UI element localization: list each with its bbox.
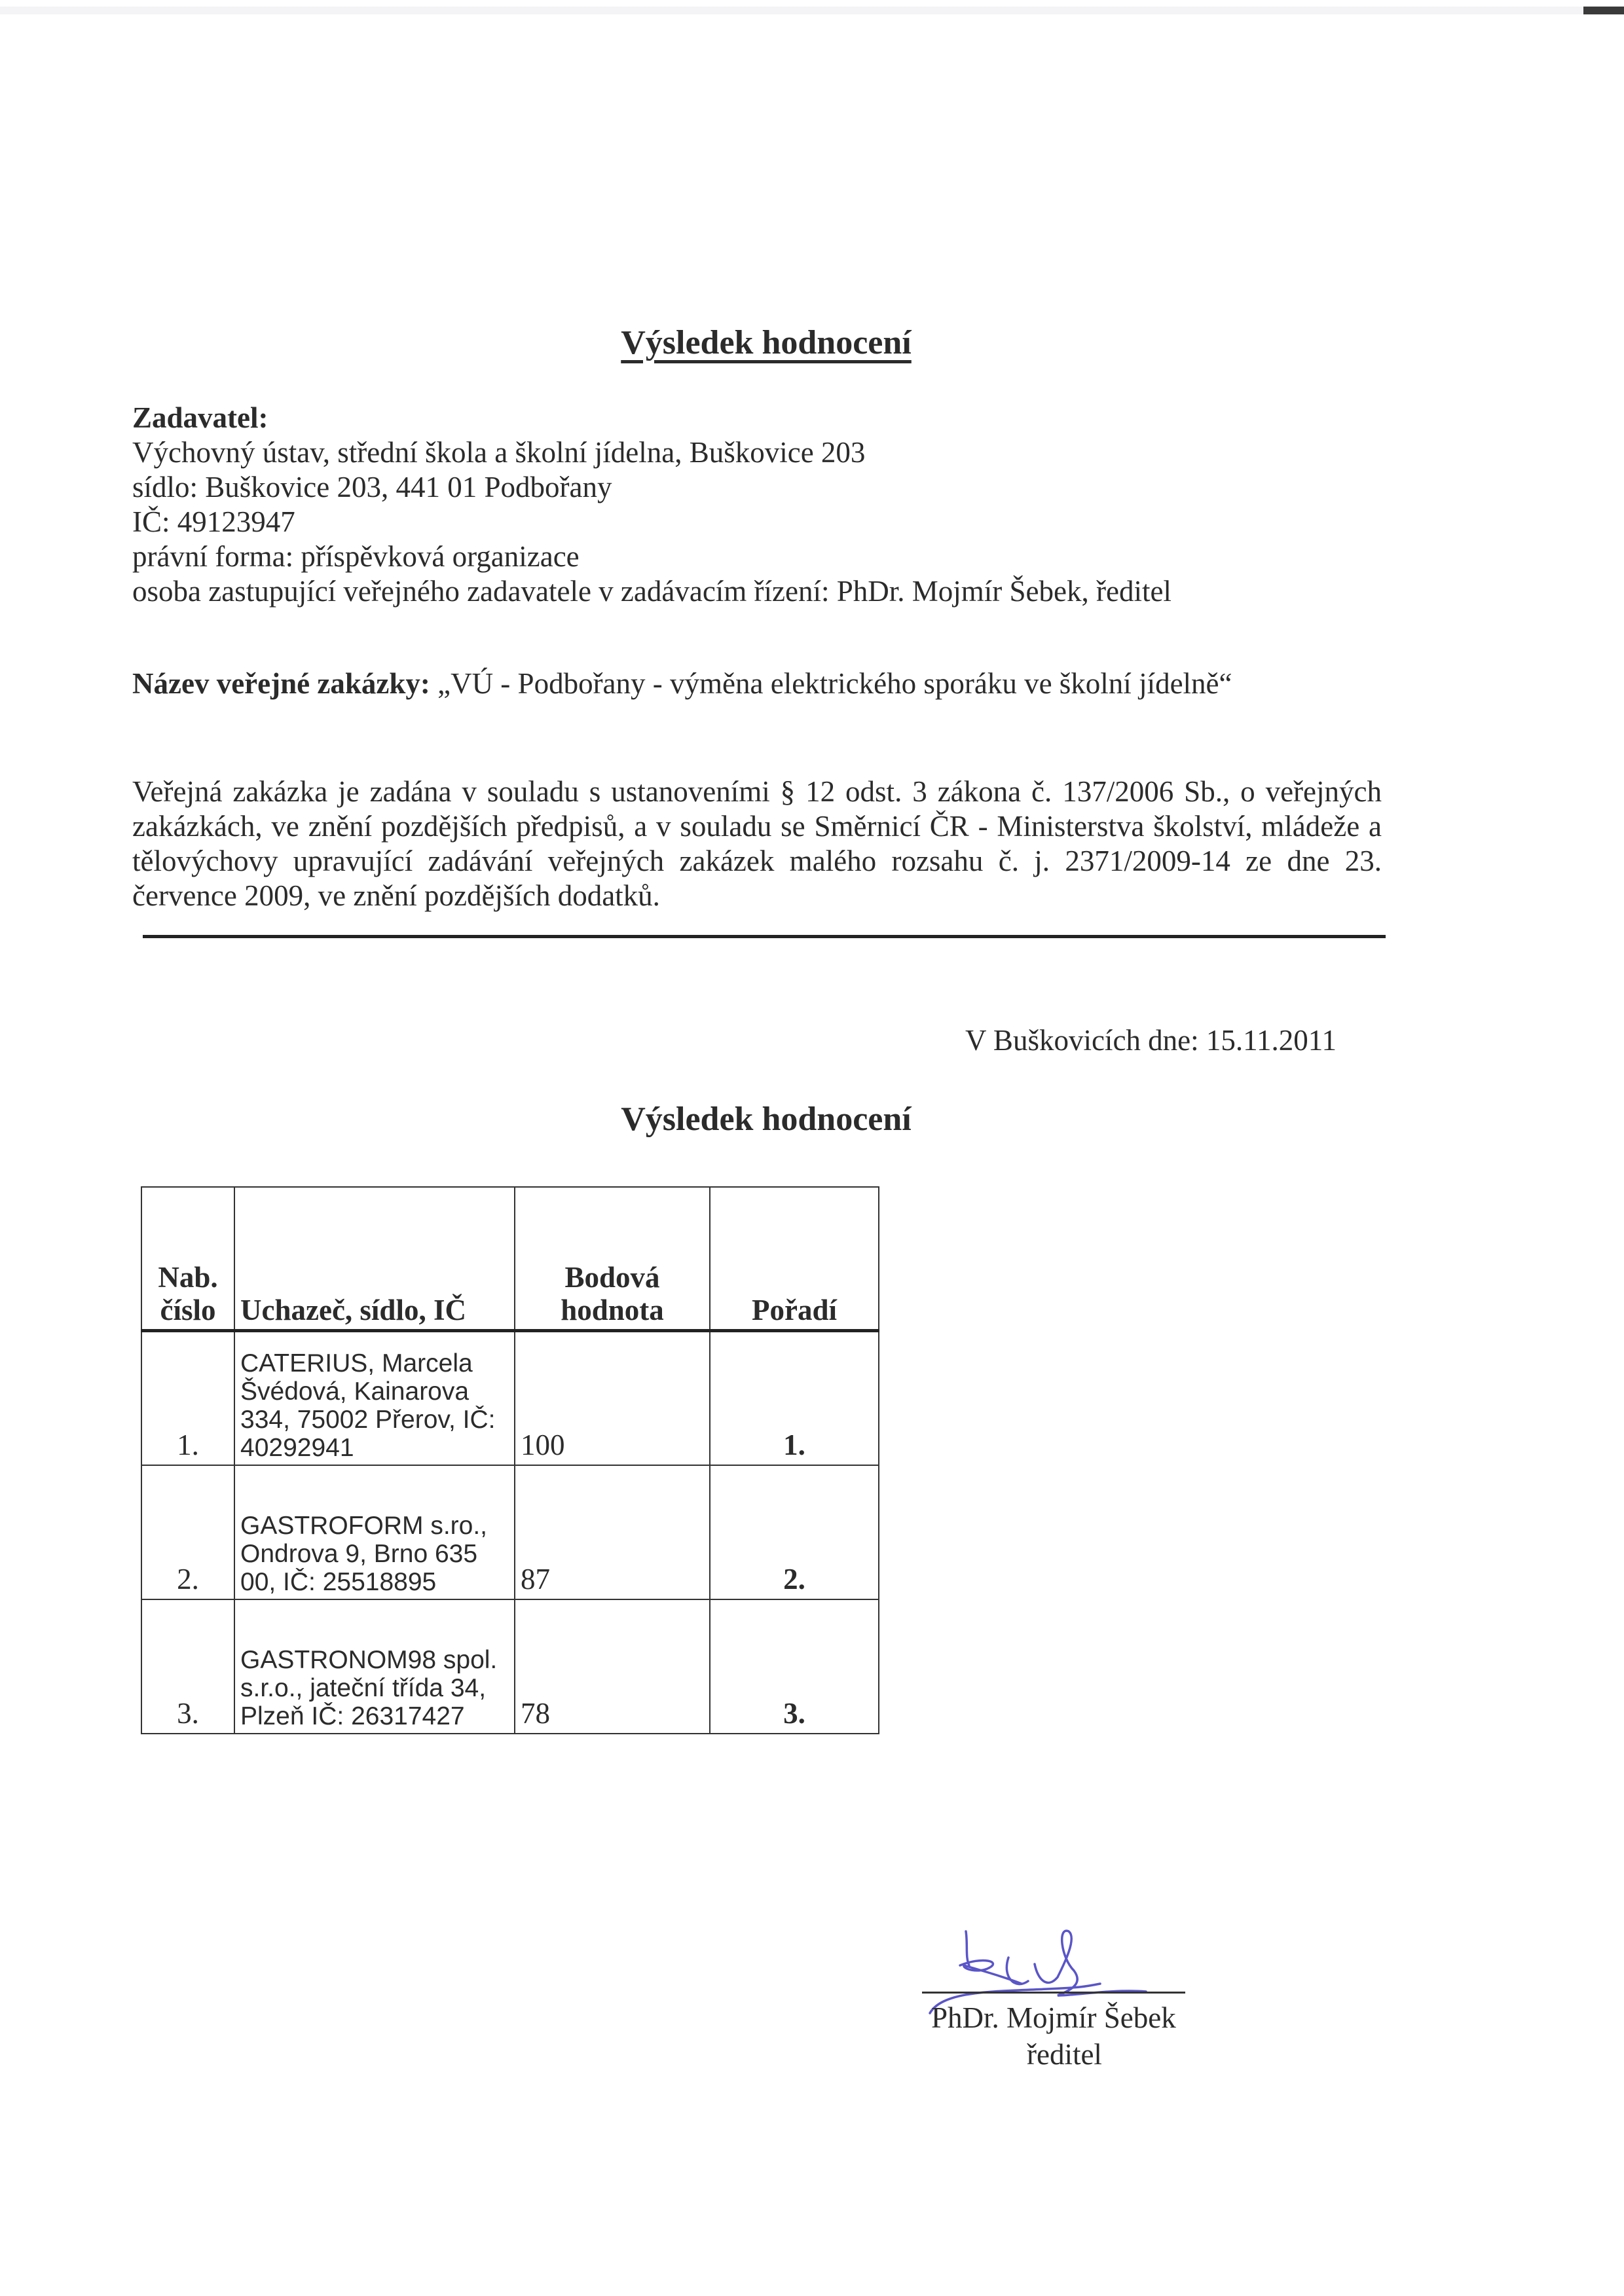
header-offer-number-line1: Nab. [147,1261,229,1294]
authority-address: sídlo: Buškovice 203, 441 01 Podbořany [132,470,1172,505]
contract-name-value: „VÚ - Podbořany - výměna elektrického sp… [430,667,1232,700]
score: 100 [515,1331,710,1465]
header-score-line2: hodnota [521,1294,704,1326]
zadavatel-label: Zadavatel: [132,401,1172,435]
bidder: GASTROFORM s.ro., Ondrova 9, Brno 635 00… [234,1465,515,1599]
table-row: 1. CATERIUS, Marcela Švédová, Kainarova … [141,1331,879,1465]
header-bidder: Uchazeč, sídlo, IČ [234,1187,515,1331]
page-title: Výsledek hodnocení [0,323,1532,362]
contract-name-label: Název veřejné zakázky: [132,667,430,700]
header-offer-number: Nab. číslo [141,1187,234,1331]
score: 78 [515,1599,710,1734]
header-score-line1: Bodová [521,1261,704,1294]
offer-number: 3. [141,1599,234,1734]
offer-number: 2. [141,1465,234,1599]
bidder: CATERIUS, Marcela Švédová, Kainarova 334… [234,1331,515,1465]
signer-name: PhDr. Mojmír Šebek [931,2001,1176,2035]
results-table: Nab. číslo Uchazeč, sídlo, IČ Bodová hod… [141,1186,879,1734]
header-offer-number-line2: číslo [147,1294,229,1326]
rank: 2. [710,1465,879,1599]
signer-role: ředitel [1027,2037,1102,2071]
rank: 3. [710,1599,879,1734]
bidder: GASTRONOM98 spol. s.r.o., jateční třída … [234,1599,515,1734]
offer-number: 1. [141,1331,234,1465]
scan-corner-mark [1583,7,1624,14]
contract-name: Název veřejné zakázky: „VÚ - Podbořany -… [132,666,1298,701]
rank: 1. [710,1331,879,1465]
legal-basis-paragraph: Veřejná zakázka je zadána v souladu s us… [132,774,1382,913]
score: 87 [515,1465,710,1599]
authority-ic: IČ: 49123947 [132,505,1172,539]
table-row: 2. GASTROFORM s.ro., Ondrova 9, Brno 635… [141,1465,879,1599]
authority-legal-form: právní forma: příspěvková organizace [132,539,1172,574]
table-row: 3. GASTRONOM98 spol. s.r.o., jateční tří… [141,1599,879,1734]
authority-name: Výchovný ústav, střední škola a školní j… [132,435,1172,470]
table-header-row: Nab. číslo Uchazeč, sídlo, IČ Bodová hod… [141,1187,879,1331]
section-divider [143,935,1386,938]
header-rank: Pořadí [710,1187,879,1331]
authority-representative: osoba zastupující veřejného zadavatele v… [132,574,1172,609]
results-title: Výsledek hodnocení [0,1100,1532,1139]
scan-edge [0,7,1583,14]
place-and-date: V Buškovicích dne: 15.11.2011 [965,1023,1337,1057]
header-score: Bodová hodnota [515,1187,710,1331]
signature-line [922,1992,1185,1994]
contracting-authority: Zadavatel: Výchovný ústav, střední škola… [132,401,1172,609]
